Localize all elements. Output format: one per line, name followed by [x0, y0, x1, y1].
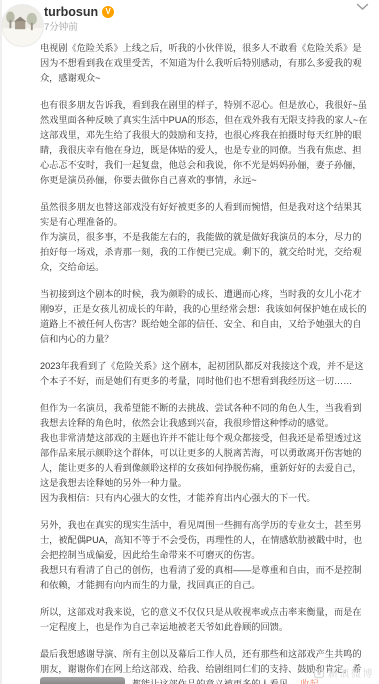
post-text: 电视剧《危险关系》上线之后，听我的小伙伴说，很多人不敢看《危险关系》是因为不想看…: [40, 41, 370, 684]
paragraph: 也有很多朋友告诉我，看到我在剧里的样子，特别不忍心。但是放心，我很好~虽然戏里面…: [40, 98, 370, 188]
text-block: 我想只有看清了自己的创伤，也看清了爱的真相——是尊重和自由，而不是控制和依赖，才…: [40, 563, 370, 593]
paragraph: 但作为一名演员，我希望能不断的去挑战、尝试各种不同的角色人生，当我看到我想去诠释…: [40, 401, 370, 506]
text-block: 作为演员，很多事，不是我能左右的，我能做的就是做好我演员的本分，尽力的拍好每一场…: [40, 230, 370, 275]
avatar[interactable]: [1, 4, 44, 47]
text-block: 但作为一名演员，我希望能不断的去挑战、尝试各种不同的角色人生，当我看到我想去诠释…: [40, 401, 370, 431]
paragraph: 电视剧《危险关系》上线之后，听我的小伙伴说，很多人不敢看《危险关系》是因为不想看…: [40, 41, 370, 86]
paragraph: 所以，这部戏对我来说，它的意义不仅仅只是从收视率或点击率来衡量，而是在一定程度上…: [40, 605, 370, 635]
page-edge: [0, 0, 2, 684]
avatar-winter-scene: [2, 5, 43, 46]
author-name[interactable]: turbosun: [44, 5, 98, 19]
paragraph: 当初接到这个剧本的时候，我为颜聆的成长、遭遇而心疼，当时我的女儿小花才刚9岁，正…: [40, 287, 370, 347]
paragraph: 另外，我也在真实的现实生活中，看见周围一些拥有高学历的专业女士，甚至男士，被配偶…: [40, 518, 370, 593]
text-block: 因为我相信：只有内心强大的女性，才能养育出内心强大的下一代。: [40, 491, 370, 506]
collapse-link[interactable]: 收起: [300, 679, 318, 684]
verified-gold-v-badge-icon: V: [102, 6, 114, 18]
text-block: 当初接到这个剧本的时候，我为颜聆的成长、遭遇而心疼，当时我的女儿小花才刚9岁，正…: [40, 287, 370, 347]
text-block: 另外，我也在真实的现实生活中，看见周围一些拥有高学历的专业女士，甚至男士，被配偶…: [40, 518, 370, 563]
text-block: 我也非常清楚这部戏的主题也许并不能让每个观众都接受，但我还是希望透过这部作品来展…: [40, 431, 370, 491]
text-block: 也有很多朋友告诉我，看到我在剧里的样子，特别不忍心。但是放心，我很好~虽然戏里面…: [40, 98, 370, 188]
timestamp: 7分钟前: [44, 23, 355, 33]
author-row: turbosun V: [44, 5, 355, 19]
weibo-post-page: turbosun V 7分钟前 电视剧《危险关系》上线之后，听我的小伙伴说，很多…: [0, 0, 379, 684]
paragraph: 虽然很多朋友也替这部戏没有好好被更多的人看到而惋惜，但是我对这个结果其实是有心理…: [40, 200, 370, 275]
text-block: 电视剧《危险关系》上线之后，听我的小伙伴说，很多人不敢看《危险关系》是因为不想看…: [40, 41, 370, 86]
paragraph: 2023年我看到了《危险关系》这个剧本，起初团队都反对我接这个戏，并不是这个本子…: [40, 359, 370, 389]
text-block: 所以，这部戏对我来说，它的意义不仅仅只是从收视率或点击率来衡量，而是在一定程度上…: [40, 605, 370, 635]
media-thumbnail[interactable]: [40, 677, 125, 684]
chevron-down-icon[interactable]: [356, 3, 369, 11]
text-block: 2023年我看到了《危险关系》这个剧本，起初团队都反对我接这个戏，并不是这个本子…: [40, 359, 370, 389]
post-header: turbosun V 7分钟前: [0, 0, 379, 33]
text-block: 虽然很多朋友也替这部戏没有好好被更多的人看到而惋惜，但是我对这个结果其实是有心理…: [40, 200, 370, 230]
